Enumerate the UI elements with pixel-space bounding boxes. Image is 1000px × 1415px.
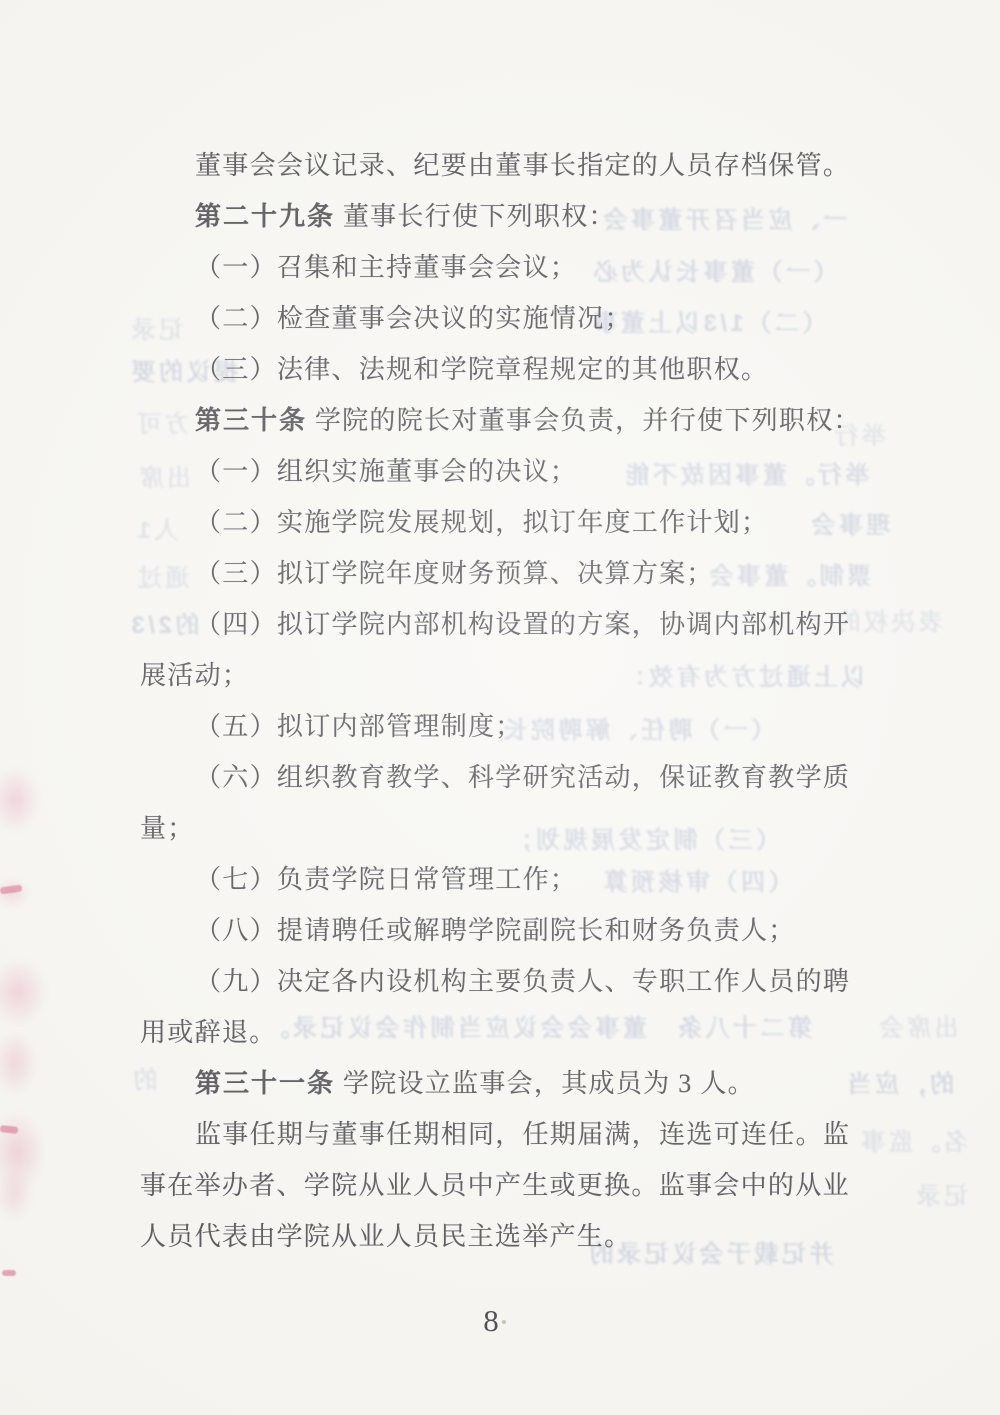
line-text: （五）拟订内部管理制度； bbox=[195, 712, 523, 741]
scanned-document-page: 一、应当召开董事会（一）董事长认为必（二）1/3以上董事记录提议的要方可举行举行… bbox=[0, 0, 1000, 1415]
ink-stain bbox=[0, 872, 36, 914]
text-line: （三）拟订学院年度财务预算、决算方案； bbox=[140, 548, 875, 599]
article-number: 第二十九条 bbox=[195, 201, 335, 231]
red-pen-mark bbox=[2, 1270, 16, 1276]
text-line: （三）法律、法规和学院章程规定的其他职权。 bbox=[140, 344, 875, 395]
ink-stain bbox=[0, 755, 50, 845]
ink-stain bbox=[0, 1160, 40, 1230]
line-text: （七）负责学院日常管理工作； bbox=[195, 865, 577, 894]
line-text: （二）检查董事会决议的实施情况； bbox=[195, 304, 632, 333]
text-line: （二）检查董事会决议的实施情况； bbox=[140, 293, 875, 344]
text-line: 第二十九条 董事长行使下列职权： bbox=[140, 191, 875, 242]
line-text: 董事长行使下列职权： bbox=[335, 202, 616, 231]
text-line: 董事会会议记录、纪要由董事长指定的人员存档保管。 bbox=[140, 140, 875, 191]
line-text: （四）拟订学院内部机构设置的方案，协调内部机构开 bbox=[195, 610, 850, 639]
line-text: （三）拟订学院年度财务预算、决算方案； bbox=[195, 559, 714, 588]
text-line: 第三十条 学院的院长对董事会负责，并行使下列职权： bbox=[140, 395, 875, 446]
line-text: （六）组织教育教学、科学研究活动，保证教育教学质 bbox=[195, 763, 850, 792]
article-number: 第三十一条 bbox=[195, 1068, 335, 1098]
line-text: 事在举办者、学院从业人员中产生或更换。监事会中的从业 bbox=[140, 1171, 850, 1200]
text-line: （六）组织教育教学、科学研究活动，保证教育教学质 bbox=[140, 752, 875, 803]
text-line: 第三十一条 学院设立监事会，其成员为 3 人。 bbox=[140, 1058, 875, 1109]
text-line: 事在举办者、学院从业人员中产生或更换。监事会中的从业 bbox=[140, 1160, 875, 1211]
text-line: （八）提请聘任或解聘学院副院长和财务负责人； bbox=[140, 905, 875, 956]
page-number: 8 bbox=[0, 1303, 982, 1339]
line-text: 展活动； bbox=[140, 661, 249, 690]
bleedthrough-text: 出席会 bbox=[876, 1008, 959, 1043]
text-line: （五）拟订内部管理制度； bbox=[140, 701, 875, 752]
line-text: （一）召集和主持董事会会议； bbox=[195, 253, 577, 282]
ink-stain bbox=[0, 945, 58, 1040]
line-text: 监事任期与董事任期相同，任期届满，连选可连任。监 bbox=[195, 1120, 850, 1149]
line-text: （九）决定各内设机构主要负责人、专职工作人员的聘 bbox=[195, 967, 850, 996]
bleedthrough-text: 记录 bbox=[913, 1176, 968, 1211]
text-line: 量； bbox=[140, 803, 875, 854]
line-text: 量； bbox=[140, 814, 195, 843]
line-text: 学院设立监事会，其成员为 3 人。 bbox=[335, 1069, 755, 1098]
text-line: 人员代表由学院从业人员民主选举产生。 bbox=[140, 1211, 875, 1262]
line-text: 董事会会议记录、纪要由董事长指定的人员存档保管。 bbox=[195, 151, 850, 180]
red-pen-mark bbox=[0, 1125, 18, 1134]
red-pen-mark bbox=[0, 885, 22, 895]
line-text: （三）法律、法规和学院章程规定的其他职权。 bbox=[195, 355, 768, 384]
line-text: （一）组织实施董事会的决议； bbox=[195, 457, 577, 486]
line-text: 学院的院长对董事会负责，并行使下列职权： bbox=[307, 406, 861, 435]
line-text: 人员代表由学院从业人员民主选举产生。 bbox=[140, 1222, 631, 1251]
line-text: （八）提请聘任或解聘学院副院长和财务负责人； bbox=[195, 916, 796, 945]
document-body: 董事会会议记录、纪要由董事长指定的人员存档保管。第二十九条 董事长行使下列职权：… bbox=[140, 140, 875, 1262]
text-line: （二）实施学院发展规划，拟订年度工作计划； bbox=[140, 497, 875, 548]
text-line: 用或辞退。 bbox=[140, 1007, 875, 1058]
line-text: （二）实施学院发展规划，拟订年度工作计划； bbox=[195, 508, 768, 537]
text-line: （九）决定各内设机构主要负责人、专职工作人员的聘 bbox=[140, 956, 875, 1007]
text-line: 展活动； bbox=[140, 650, 875, 701]
text-line: （四）拟订学院内部机构设置的方案，协调内部机构开 bbox=[140, 599, 875, 650]
ink-stain bbox=[0, 1095, 55, 1210]
text-line: 监事任期与董事任期相同，任期届满，连选可连任。监 bbox=[140, 1109, 875, 1160]
article-number: 第三十条 bbox=[195, 405, 307, 435]
text-line: （一）组织实施董事会的决议； bbox=[140, 446, 875, 497]
text-line: （七）负责学院日常管理工作； bbox=[140, 854, 875, 905]
ink-stain bbox=[0, 1018, 46, 1108]
text-line: （一）召集和主持董事会会议； bbox=[140, 242, 875, 293]
